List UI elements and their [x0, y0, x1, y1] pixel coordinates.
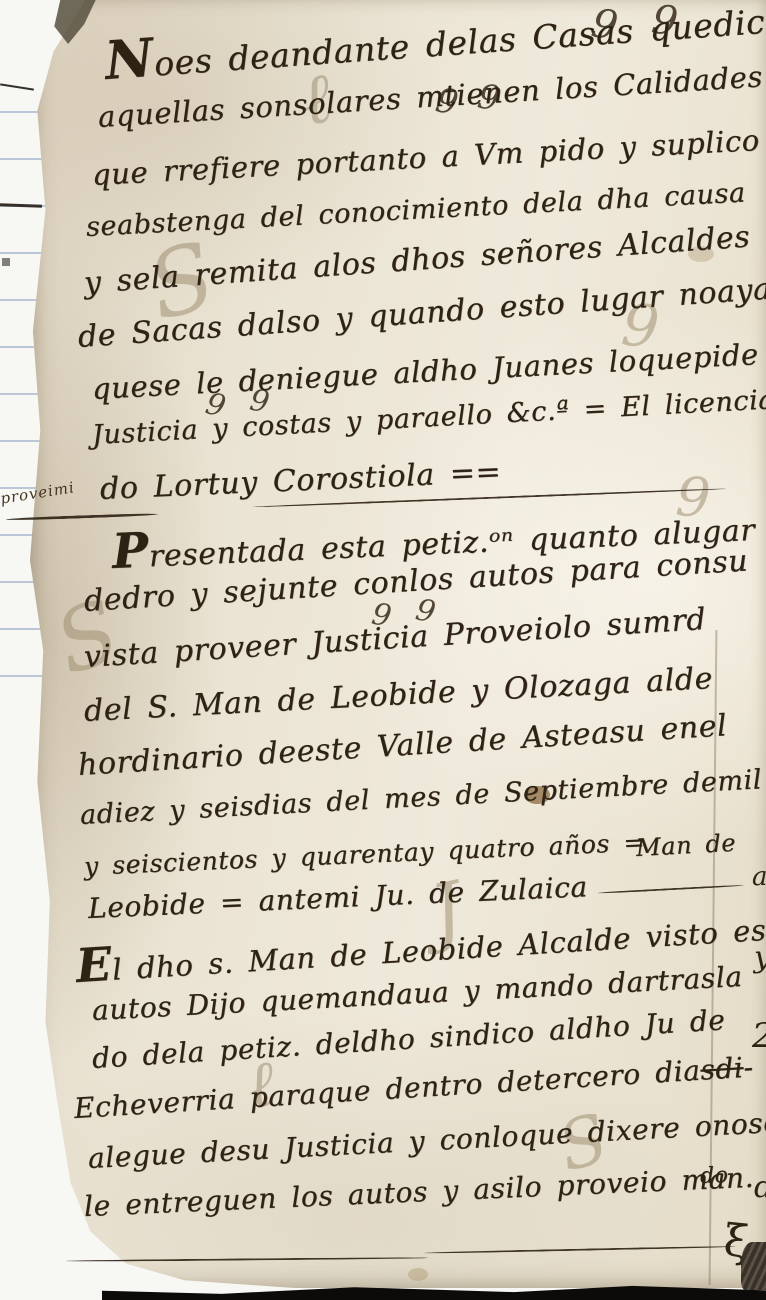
adjacent-page-edge: a y 2 d: [742, 840, 766, 1260]
edge-ink-mark: a: [752, 862, 766, 892]
catchword: Man de: [635, 829, 736, 862]
edge-ink-mark: y: [754, 940, 766, 975]
edge-ink-mark: d: [754, 1170, 766, 1205]
adjacent-page-corner: [741, 1242, 766, 1290]
edge-ink-mark: 2: [752, 1016, 766, 1056]
manuscript-scan: { "meta": { "description": "Scanned page…: [0, 0, 766, 1300]
backing-ink-speck: [2, 258, 10, 266]
struck-fragment: sdi: [699, 1051, 744, 1087]
ink-stain: [408, 1268, 428, 1281]
